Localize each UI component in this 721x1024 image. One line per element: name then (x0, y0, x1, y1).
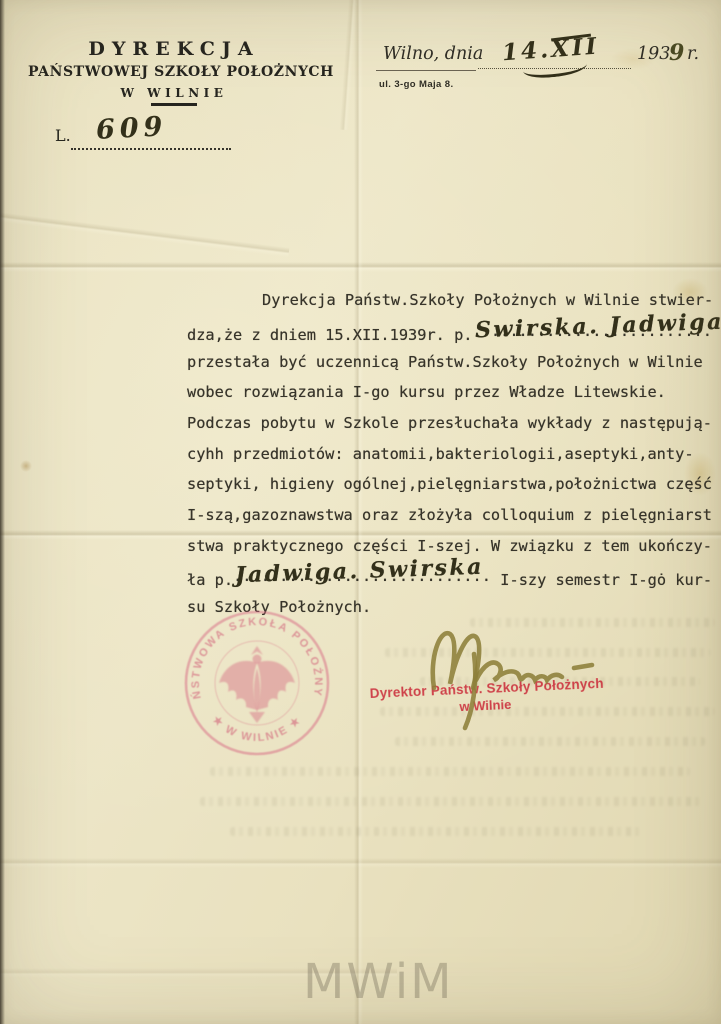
body-line: Podczas pobytu w Szkole przesłuchała wyk… (187, 414, 721, 432)
fold-crease (0, 262, 721, 272)
paper-stain (20, 460, 32, 472)
letterhead-address: ul. 3-go Maja 8. (379, 79, 454, 90)
body-line: przestała być uczennicą Państw.Szkoły Po… (187, 353, 721, 371)
body-line: I-szą,gazoznawstwa oraz złożyła colloqui… (187, 506, 721, 524)
bleedthrough-text (200, 797, 700, 806)
dateline-year-suffix: r. (687, 44, 699, 64)
letterhead: DYREKCJA PAŃSTWOWEJ SZKOŁY POŁOŻNYCH W W… (28, 38, 320, 106)
reference-number-handwritten: 609 (95, 111, 168, 146)
dateline-year-handwritten: 9 (669, 40, 684, 66)
bleedthrough-text (230, 827, 640, 836)
body-line: cyhh przedmiotów: anatomii,bakteriologii… (187, 445, 721, 463)
dateline-rule (376, 70, 476, 71)
typed-text: I-szy semestr I-gȯ kur- (491, 571, 712, 589)
fold-crease (0, 858, 721, 868)
letterhead-title: DYREKCJA (28, 38, 320, 60)
eagle-icon (219, 646, 295, 723)
dotted-leader: ..............................Jadwiga. S… (233, 567, 491, 586)
typed-text: dza,że z dniem 15.XII.1939r. p. (187, 326, 473, 344)
dateline-ink-flourish (522, 55, 587, 80)
dotted-leader: ..................................Swirsk… (473, 322, 711, 341)
body-line: Dyrekcja Państw.Szkoły Położnych w Wilni… (262, 291, 721, 309)
reference-label: L. (55, 126, 71, 145)
letterhead-subtitle: PAŃSTWOWEJ SZKOŁY POŁOŻNYCH (28, 64, 320, 80)
letterhead-location: W WILNIE (28, 86, 320, 100)
body-line: stwa praktycznego części I-szej. W związ… (187, 537, 721, 555)
body-line: ła p...............................Jadwi… (187, 567, 721, 589)
round-official-stamp: PAŃSTWOWA SZKOŁA POŁOŻNYCH ★ W WILNIE ★ (162, 588, 352, 778)
archive-watermark: MWiM (303, 954, 454, 1010)
body-line: dza,że z dniem 15.XII.1939r. p..........… (187, 322, 721, 344)
bleedthrough-text (395, 737, 705, 746)
letterhead-rule (151, 103, 197, 106)
photo-edge (0, 0, 5, 1024)
director-signature (420, 616, 605, 734)
fold-crease (0, 209, 289, 258)
typed-text: ła p. (187, 571, 233, 589)
dateline-year-printed: 193 (637, 44, 670, 64)
document-photo: DYREKCJA PAŃSTWOWEJ SZKOŁY POŁOŻNYCH W W… (0, 0, 721, 1024)
dateline-city: Wilno, dnia (383, 44, 483, 64)
body-line: septyki, higieny ogólnej,pielęgniarstwa,… (187, 475, 721, 493)
fold-crease (339, 0, 357, 130)
body-line: wobec rozwiązania I-go kursu przez Władz… (187, 383, 721, 401)
paper-sheet: DYREKCJA PAŃSTWOWEJ SZKOŁY POŁOŻNYCH W W… (0, 0, 721, 1024)
